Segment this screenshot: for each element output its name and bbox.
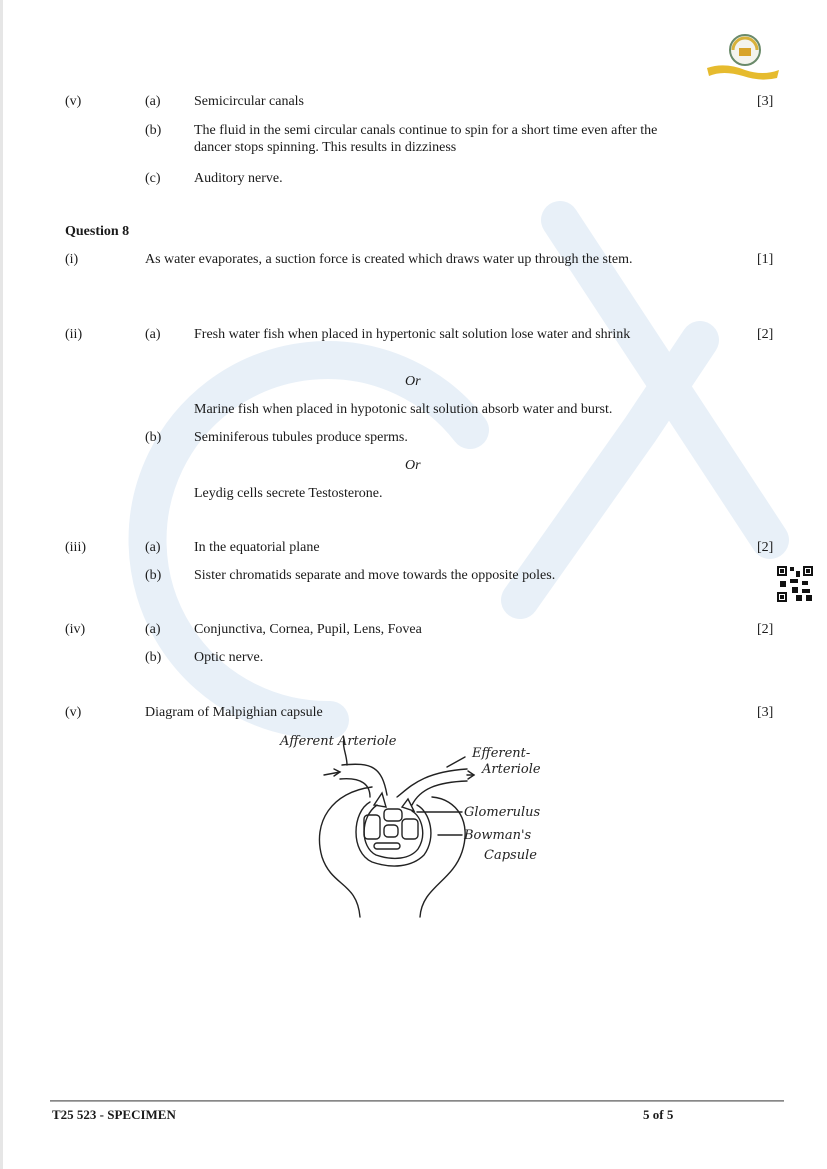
question-number: (i) [65, 251, 78, 268]
paper-code: T25 523 - SPECIMEN [52, 1107, 176, 1123]
footer-rule [50, 1100, 784, 1102]
efferent-label-2: Arteriole [481, 762, 541, 777]
question-heading: Question 8 [65, 223, 129, 240]
answer-text: Auditory nerve. [194, 170, 694, 187]
part-label: (b) [145, 122, 161, 139]
qr-code [776, 565, 814, 603]
part-label: (b) [145, 649, 161, 666]
marks: [2] [757, 621, 773, 638]
answer-text: In the equatorial plane [194, 539, 694, 556]
question-number: (iii) [65, 539, 86, 556]
part-label: (b) [145, 567, 161, 584]
glomerulus-label: Glomerulus [464, 805, 541, 820]
question-number: (iv) [65, 621, 85, 638]
marks: [2] [757, 539, 773, 556]
part-label: (a) [145, 326, 161, 343]
answer-alt-text: Marine fish when placed in hypotonic sal… [194, 401, 694, 418]
answer-text: Diagram of Malpighian capsule [145, 704, 695, 721]
question-number: (ii) [65, 326, 82, 343]
answer-text: Conjunctiva, Cornea, Pupil, Lens, Fovea [194, 621, 694, 638]
or-separator: Or [405, 457, 421, 474]
question-number: (v) [65, 93, 81, 110]
part-label: (a) [145, 621, 161, 638]
efferent-label-1: Efferent- [471, 746, 530, 761]
marks: [3] [757, 93, 773, 110]
question-number: (v) [65, 704, 81, 721]
marks: [3] [757, 704, 773, 721]
part-label: (a) [145, 539, 161, 556]
page-number: 5 of 5 [643, 1107, 673, 1123]
part-label: (c) [145, 170, 161, 187]
answer-text: Semicircular canals [194, 93, 694, 110]
bowmans-label-2: Capsule [484, 848, 537, 863]
bowmans-label-1: Bowman's [463, 828, 532, 843]
answer-text: Sister chromatids separate and move towa… [194, 567, 694, 584]
page-edge [0, 0, 3, 1169]
council-logo [705, 30, 780, 85]
answer-text: As water evaporates, a suction force is … [145, 251, 695, 268]
malpighian-capsule-diagram: Afferent Arteriole Efferent- Arteriole G… [262, 727, 582, 922]
marks: [1] [757, 251, 773, 268]
marks: [2] [757, 326, 773, 343]
answer-text: Seminiferous tubules produce sperms. [194, 429, 694, 446]
answer-alt-text: Leydig cells secrete Testosterone. [194, 485, 694, 502]
or-separator: Or [405, 373, 421, 390]
answer-text: Optic nerve. [194, 649, 694, 666]
afferent-label: Afferent Arteriole [279, 734, 397, 749]
answer-text: Fresh water fish when placed in hyperton… [194, 326, 694, 343]
part-label: (a) [145, 93, 161, 110]
answer-text: The fluid in the semi circular canals co… [194, 122, 694, 156]
part-label: (b) [145, 429, 161, 446]
